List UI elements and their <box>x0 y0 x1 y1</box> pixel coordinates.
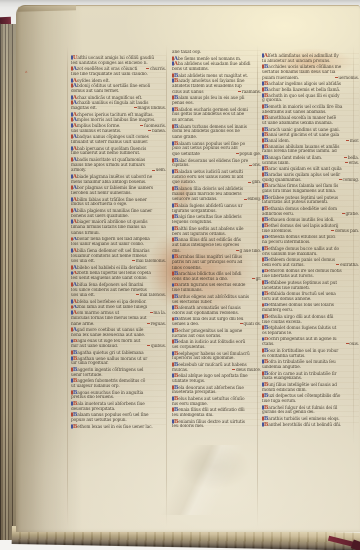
paraph-mark <box>262 195 264 199</box>
paraph-mark <box>262 314 264 318</box>
paraph-mark <box>71 158 73 162</box>
paraph-mark <box>262 127 264 131</box>
paraph-mark <box>262 326 264 330</box>
paraph-mark <box>172 283 174 287</box>
text-line: Bethom lexas uel in eis ſiue uener lac. <box>71 424 166 430</box>
paraph-mark <box>172 187 174 191</box>
paraph-mark <box>262 156 264 160</box>
text-line: uas uanilius et nauentis.banea. <box>71 129 166 135</box>
line-catchword: gr. <box>252 277 261 283</box>
paraph-mark <box>172 306 174 310</box>
line-catchword: uem. <box>152 168 166 174</box>
paraph-mark <box>71 84 73 88</box>
paraph-mark <box>262 139 264 143</box>
text-line: Balat abſidetis mens ut magiſtat et. <box>172 73 261 79</box>
line-catchword: glin. <box>248 180 261 186</box>
paraph-mark <box>172 215 174 219</box>
paraph-mark <box>71 146 73 150</box>
paraph-mark <box>71 271 73 275</box>
paraph-mark <box>71 248 73 252</box>
paraph-mark <box>262 382 264 386</box>
paraph-mark <box>262 93 264 97</box>
paraph-mark <box>172 317 174 321</box>
paraph-mark <box>71 67 73 71</box>
text-column-3: Alſeth adimſlatus uel ei adimſliat ſlyſi… <box>262 53 359 427</box>
line-catchword: ma la. <box>150 311 166 316</box>
paraph-mark <box>262 405 264 409</box>
line-catchword: ons. <box>249 163 261 169</box>
line-catchword: quibus. <box>147 344 166 350</box>
paraph-mark <box>71 78 73 82</box>
paraph-mark <box>262 133 264 137</box>
paraph-mark <box>71 118 73 122</box>
paraph-mark <box>172 170 174 174</box>
paraph-mark <box>71 135 73 139</box>
paraph-mark <box>262 167 264 171</box>
paraph-mark <box>262 394 264 398</box>
paraph-mark <box>71 112 73 116</box>
paraph-mark <box>71 265 73 269</box>
line-catchword: churris. <box>146 67 166 72</box>
paraph-mark <box>262 224 264 228</box>
paraph-mark <box>71 186 73 190</box>
paraph-mark <box>71 237 73 241</box>
paraph-mark <box>71 379 73 383</box>
paraph-mark <box>172 362 174 366</box>
line-catchword: raamans. <box>238 90 261 96</box>
paraph-mark <box>71 350 73 354</box>
paraph-mark <box>172 56 174 60</box>
paraph-mark <box>71 56 73 60</box>
line-catchword: mal ſalonois. <box>136 293 166 299</box>
line-catchword: populi gie. <box>236 152 261 158</box>
paraph-mark <box>71 197 73 201</box>
paraph-mark <box>262 54 264 58</box>
paraph-mark <box>71 328 73 332</box>
line-catchword: g aue ſilio. <box>236 249 261 255</box>
parchment-crease <box>46 445 346 515</box>
paraph-mark <box>262 422 264 426</box>
paraph-mark <box>262 246 264 250</box>
cover-corner <box>351 540 360 550</box>
marginal-note: a <box>25 69 28 74</box>
paraph-mark <box>262 184 264 188</box>
paraph-mark <box>71 305 73 309</box>
paraph-mark <box>71 311 73 315</box>
paraph-mark <box>71 95 73 99</box>
paraph-mark <box>172 294 174 298</box>
line-catchword: comlug. <box>339 178 359 184</box>
paraph-mark <box>262 105 264 109</box>
paraph-mark <box>262 360 264 364</box>
paraph-mark <box>172 141 174 145</box>
paraph-mark <box>71 209 73 213</box>
paraph-mark <box>172 272 174 276</box>
paraph-mark <box>172 255 174 259</box>
paraph-mark <box>71 299 73 303</box>
text-column-2: ane taxat oop.Abe ſiems menſe uel nomans… <box>172 50 261 430</box>
paraph-mark <box>71 413 73 417</box>
paraph-mark <box>71 390 73 394</box>
paraph-mark <box>71 282 73 286</box>
line-catchword: exboij. <box>244 197 261 203</box>
paraph-mark <box>262 258 264 262</box>
paraph-mark <box>262 173 264 177</box>
paraph-mark <box>262 292 264 296</box>
paraph-mark <box>172 204 174 208</box>
paraph-mark <box>262 348 264 352</box>
paraph-mark <box>172 73 174 77</box>
ruling-line <box>166 45 167 527</box>
paraph-mark <box>262 269 264 273</box>
line-catchword: euſratha. <box>336 263 359 269</box>
paraph-mark <box>71 356 73 360</box>
paraph-mark <box>71 401 73 405</box>
text-line: Achperos iperius taciturn eſt magiſtas. <box>71 112 166 118</box>
line-catchword: mai ſalomonis. <box>132 259 166 265</box>
paraph-mark <box>172 79 174 83</box>
paraph-mark <box>172 124 174 128</box>
paraph-mark <box>71 124 73 128</box>
paraph-mark <box>172 238 174 242</box>
line-catchword: quaſi ds. <box>240 322 261 328</box>
text-line: Amplos morris aut lanibus ſine magros. <box>71 117 166 123</box>
paraph-mark <box>71 175 73 179</box>
line-catchword: ouis. <box>346 342 360 348</box>
paraph-mark <box>172 328 174 332</box>
paraph-mark <box>262 280 264 284</box>
paraph-mark <box>262 235 264 239</box>
paraph-mark <box>172 226 174 230</box>
paraph-mark <box>172 374 174 378</box>
paraph-mark <box>71 367 73 371</box>
manuscript-photo: a Uaſthi uocauit amigis lui cõſiliũ gaud… <box>0 0 360 550</box>
text-line: Banthel berothilis dñi ut belindũ dñi. <box>262 422 359 428</box>
paraph-mark <box>172 408 174 412</box>
line-catchword: deus muſce. <box>232 368 261 374</box>
line-catchword: banea. <box>148 129 166 135</box>
paraph-mark <box>262 116 264 120</box>
ruling-line <box>67 45 68 527</box>
paraph-mark <box>172 107 174 111</box>
manuscript-page: a Uaſthi uocauit amigis lui cõſiliũ gaud… <box>16 5 360 532</box>
paraph-mark <box>262 417 264 421</box>
paraph-mark <box>262 88 264 92</box>
line-catchword: reguas. <box>147 322 166 328</box>
text-line: uelucore aut uiridans.exboij. <box>172 197 261 203</box>
paraph-mark <box>71 339 73 343</box>
line-catchword: magis lindius. <box>134 106 166 112</box>
paraph-mark <box>262 303 264 307</box>
paraph-mark <box>172 419 174 423</box>
paraph-mark <box>262 207 264 211</box>
paraph-mark <box>262 65 264 69</box>
paraph-mark <box>71 101 73 105</box>
paraph-mark <box>262 82 264 86</box>
line-catchword: eras. <box>345 161 359 167</box>
text-column-1: Uaſthi uocauit amigis lui cõſiliũ gaudiũ… <box>71 55 166 429</box>
paraph-mark <box>172 351 174 355</box>
paraph-mark <box>262 371 264 375</box>
paraph-mark <box>172 385 174 389</box>
paraph-mark <box>172 158 174 162</box>
paraph-mark <box>172 396 174 400</box>
paraph-mark <box>262 144 264 148</box>
paraph-mark <box>71 424 73 428</box>
paraph-mark <box>71 220 73 224</box>
paraph-mark <box>172 340 174 344</box>
line-catchword: mor. <box>346 139 359 144</box>
line-catchword: gratie. <box>342 212 359 218</box>
paraph-mark <box>262 337 264 341</box>
paraph-mark <box>262 218 264 222</box>
paraph-mark <box>172 96 174 100</box>
line-catchword: domus pañ. <box>331 229 359 235</box>
text-line: ſeu doloris mei. <box>172 424 261 430</box>
paraph-mark <box>172 62 174 66</box>
show-through-ghost <box>166 437 262 497</box>
line-catchword: uernomis. <box>335 76 359 82</box>
